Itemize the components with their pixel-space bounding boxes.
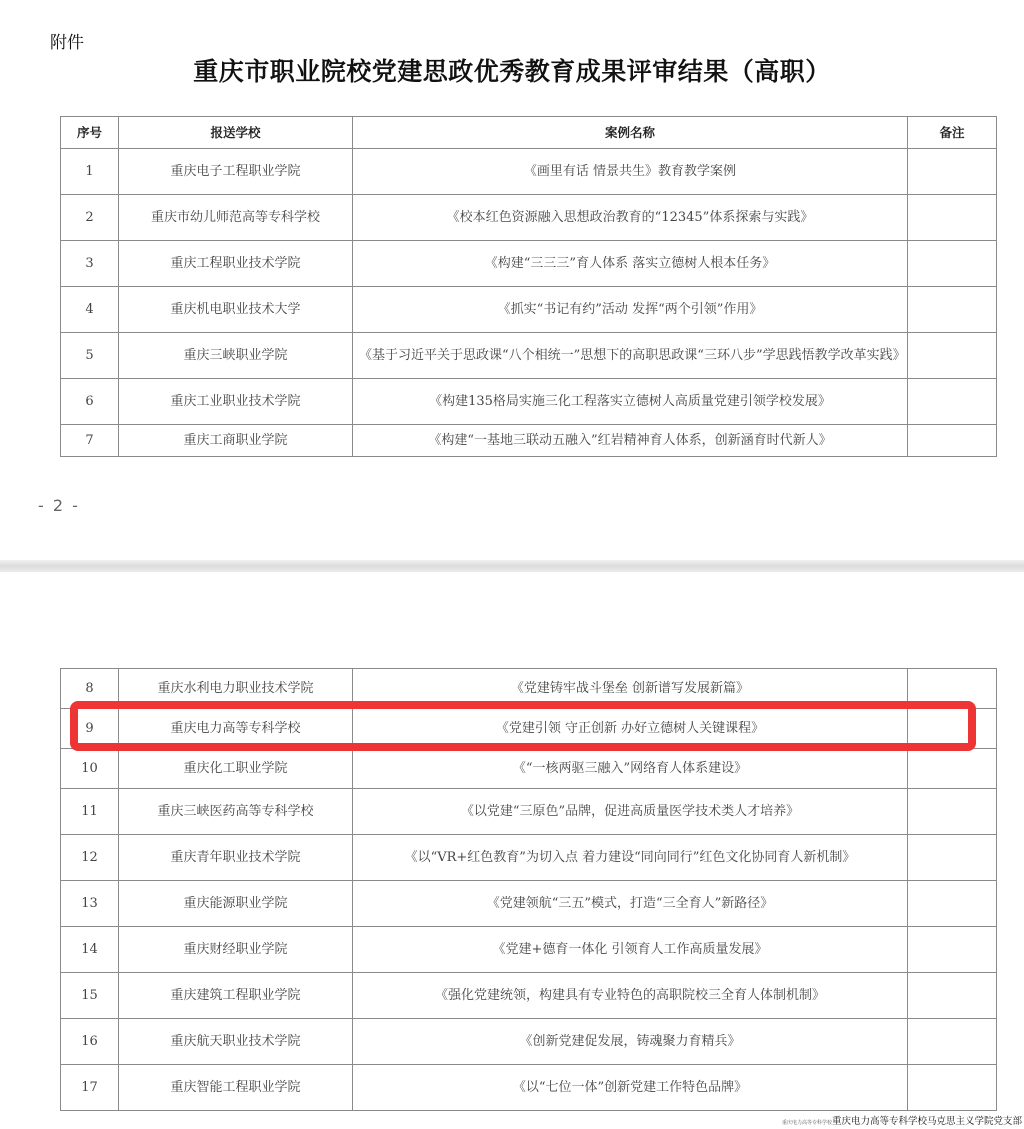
table-row: 3重庆工程职业技术学院《构建“三三三”育人体系 落实立德树人根本任务》	[61, 241, 997, 287]
table-header-row: 序号 报送学校 案例名称 备注	[61, 117, 997, 149]
row-number: 14	[61, 927, 119, 973]
row-number: 2	[61, 195, 119, 241]
note-cell	[908, 749, 997, 789]
row-number: 3	[61, 241, 119, 287]
school-name: 重庆青年职业技术学院	[119, 835, 353, 881]
page-separator	[0, 560, 1024, 572]
case-name: 《“一核两驱三融入”网络育人体系建设》	[353, 749, 908, 789]
note-cell	[908, 425, 997, 457]
row-number: 12	[61, 835, 119, 881]
table-row: 7重庆工商职业学院《构建“一基地三联动五融入”红岩精神育人体系，创新涵育时代新人…	[61, 425, 997, 457]
page-number: - 2 -	[38, 496, 80, 515]
school-name: 重庆航天职业技术学院	[119, 1019, 353, 1065]
school-name: 重庆工商职业学院	[119, 425, 353, 457]
case-name: 《以“七位一体”创新党建工作特色品牌》	[353, 1065, 908, 1111]
watermark-small: 重庆电力高等专科学校	[782, 1120, 832, 1126]
row-number: 7	[61, 425, 119, 457]
row-number: 17	[61, 1065, 119, 1111]
watermark: 重庆电力高等专科学校重庆电力高等专科学校马克思主义学院党支部	[782, 1113, 1022, 1127]
note-cell	[908, 379, 997, 425]
note-cell	[908, 195, 997, 241]
case-name: 《党建领航“三五”模式，打造“三全育人”新路径》	[353, 881, 908, 927]
note-cell	[908, 1019, 997, 1065]
note-cell	[908, 789, 997, 835]
case-name: 《以党建“三原色”品牌，促进高质量医学技术类人才培养》	[353, 789, 908, 835]
school-name: 重庆机电职业技术大学	[119, 287, 353, 333]
case-name: 《构建135格局实施三化工程落实立德树人高质量党建引领学校发展》	[353, 379, 908, 425]
school-name: 重庆化工职业学院	[119, 749, 353, 789]
header-school: 报送学校	[119, 117, 353, 149]
school-name: 重庆建筑工程职业学院	[119, 973, 353, 1019]
row-number: 11	[61, 789, 119, 835]
case-name: 《强化党建统领，构建具有专业特色的高职院校三全育人体制机制》	[353, 973, 908, 1019]
document-title: 重庆市职业院校党建思政优秀教育成果评审结果（高职）	[0, 52, 1024, 88]
note-cell	[908, 973, 997, 1019]
school-name: 重庆三峡职业学院	[119, 333, 353, 379]
case-name: 《基于习近平关于思政课“八个相统一”思想下的高职思政课“三环八步”学思践悟教学改…	[353, 333, 908, 379]
case-name: 《构建“三三三”育人体系 落实立德树人根本任务》	[353, 241, 908, 287]
case-name: 《创新党建促发展，铸魂聚力育精兵》	[353, 1019, 908, 1065]
note-cell	[908, 241, 997, 287]
table-row: 17重庆智能工程职业学院《以“七位一体”创新党建工作特色品牌》	[61, 1065, 997, 1111]
table-row: 12重庆青年职业技术学院《以“VR+红色教育”为切入点 着力建设“同向同行”红色…	[61, 835, 997, 881]
school-name: 重庆工程职业技术学院	[119, 241, 353, 287]
case-name: 《画里有话 情景共生》教育教学案例	[353, 149, 908, 195]
row-number: 15	[61, 973, 119, 1019]
header-number: 序号	[61, 117, 119, 149]
school-name: 重庆财经职业学院	[119, 927, 353, 973]
school-name: 重庆三峡医药高等专科学校	[119, 789, 353, 835]
row-number: 6	[61, 379, 119, 425]
note-cell	[908, 149, 997, 195]
school-name: 重庆电子工程职业学院	[119, 149, 353, 195]
results-table-page1: 序号 报送学校 案例名称 备注 1重庆电子工程职业学院《画里有话 情景共生》教育…	[60, 116, 997, 457]
row-number: 5	[61, 333, 119, 379]
case-name: 《构建“一基地三联动五融入”红岩精神育人体系，创新涵育时代新人》	[353, 425, 908, 457]
table-row: 6重庆工业职业技术学院《构建135格局实施三化工程落实立德树人高质量党建引领学校…	[61, 379, 997, 425]
school-name: 重庆市幼儿师范高等专科学校	[119, 195, 353, 241]
document-page-1: 附件 重庆市职业院校党建思政优秀教育成果评审结果（高职） 序号 报送学校 案例名…	[0, 0, 1024, 560]
table-row: 14重庆财经职业学院《党建+德育一体化 引领育人工作高质量发展》	[61, 927, 997, 973]
row-number: 10	[61, 749, 119, 789]
row-number: 16	[61, 1019, 119, 1065]
table-row: 10重庆化工职业学院《“一核两驱三融入”网络育人体系建设》	[61, 749, 997, 789]
table-row: 1重庆电子工程职业学院《画里有话 情景共生》教育教学案例	[61, 149, 997, 195]
document-page-2: 8重庆水利电力职业技术学院《党建铸牢战斗堡垒 创新谱写发展新篇》9重庆电力高等专…	[0, 572, 1024, 1129]
table-row: 13重庆能源职业学院《党建领航“三五”模式，打造“三全育人”新路径》	[61, 881, 997, 927]
row-number: 13	[61, 881, 119, 927]
case-name: 《校本红色资源融入思想政治教育的“12345”体系探索与实践》	[353, 195, 908, 241]
table-row: 16重庆航天职业技术学院《创新党建促发展，铸魂聚力育精兵》	[61, 1019, 997, 1065]
header-case-name: 案例名称	[353, 117, 908, 149]
table-row: 4重庆机电职业技术大学《抓实“书记有约”活动 发挥“两个引领”作用》	[61, 287, 997, 333]
note-cell	[908, 835, 997, 881]
note-cell	[908, 287, 997, 333]
case-name: 《以“VR+红色教育”为切入点 着力建设“同向同行”红色文化协同育人新机制》	[353, 835, 908, 881]
table-row: 2重庆市幼儿师范高等专科学校《校本红色资源融入思想政治教育的“12345”体系探…	[61, 195, 997, 241]
case-name: 《党建+德育一体化 引领育人工作高质量发展》	[353, 927, 908, 973]
highlight-box	[70, 701, 976, 751]
note-cell	[908, 333, 997, 379]
school-name: 重庆智能工程职业学院	[119, 1065, 353, 1111]
table-row: 11重庆三峡医药高等专科学校《以党建“三原色”品牌，促进高质量医学技术类人才培养…	[61, 789, 997, 835]
school-name: 重庆工业职业技术学院	[119, 379, 353, 425]
note-cell	[908, 881, 997, 927]
attachment-label: 附件	[50, 28, 84, 53]
case-name: 《抓实“书记有约”活动 发挥“两个引领”作用》	[353, 287, 908, 333]
note-cell	[908, 927, 997, 973]
table-row: 15重庆建筑工程职业学院《强化党建统领，构建具有专业特色的高职院校三全育人体制机…	[61, 973, 997, 1019]
watermark-text: 重庆电力高等专科学校马克思主义学院党支部	[832, 1116, 1022, 1127]
row-number: 1	[61, 149, 119, 195]
header-note: 备注	[908, 117, 997, 149]
row-number: 4	[61, 287, 119, 333]
school-name: 重庆能源职业学院	[119, 881, 353, 927]
table-row: 5重庆三峡职业学院《基于习近平关于思政课“八个相统一”思想下的高职思政课“三环八…	[61, 333, 997, 379]
note-cell	[908, 1065, 997, 1111]
